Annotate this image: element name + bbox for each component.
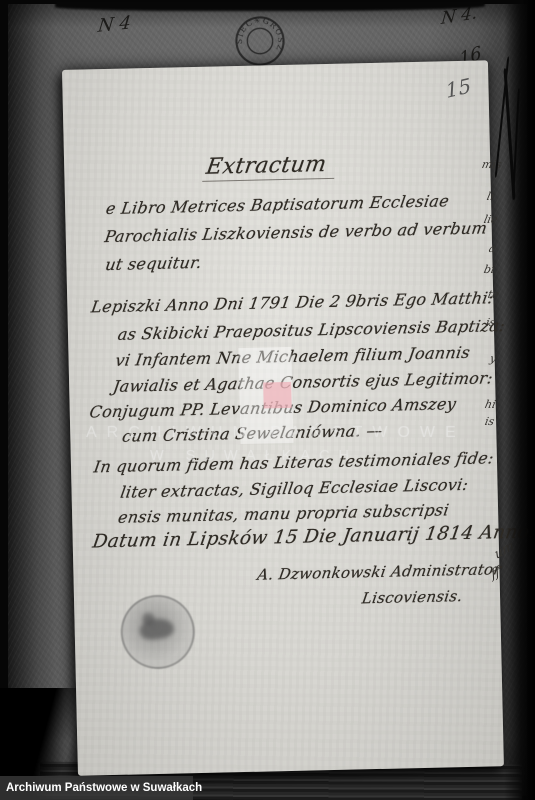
pink-highlight: [263, 382, 292, 409]
archival-scan-viewport: N 4 SIEC✳GROSZ N 4. 16 15 Extractum e Li…: [0, 0, 535, 800]
signature-line: Liscoviensis.: [361, 587, 464, 607]
svg-text:SIEC✳GROSZ: SIEC✳GROSZ: [231, 12, 288, 61]
manuscript-line: Parochialis Liszkoviensis de verbo ad ve…: [103, 218, 488, 246]
dateline: Datum in Lipsków 15 Die Januarij 1814 An…: [91, 521, 535, 552]
watermark-line: ARCHIWUM PAŃSTWOWE: [86, 424, 466, 442]
manuscript-line: e Libro Metrices Baptisatorum Ecclesiae: [105, 191, 451, 218]
manuscript-line: liter extractas, Sigilloq Ecclesiae Lisc…: [119, 475, 470, 502]
top-left-number: N 4: [97, 12, 132, 37]
manuscript-line: Jawialis et Agathae Consortis ejus Legit…: [112, 368, 495, 396]
folio-number-pencil: 15: [444, 73, 472, 103]
manuscript-line: vi Infantem Nne Michaelem filium Joannis: [114, 343, 471, 370]
watermark-line: W SUWAŁKACH: [150, 448, 358, 464]
document-page: 15 Extractum e Libro Metrices Baptisator…: [62, 60, 504, 775]
manuscript-line: ensis munitas, manu propria subscripsi: [117, 500, 451, 527]
document-title: Extractum: [202, 152, 338, 182]
top-edge-shadow: [55, 0, 485, 11]
seal-figure-icon: [139, 617, 175, 641]
edge-fragment: lie: [483, 213, 499, 226]
archive-label-bar: Archiwum Państwowe w Suwałkach: [0, 776, 193, 800]
manuscript-line: ut sequitur.: [104, 253, 203, 274]
archive-label-text: Archiwum Państwowe w Suwałkach: [6, 782, 202, 794]
revenue-stamp-text: SIEC✳GROSZ: [231, 12, 288, 61]
signature-line: A. Dzwonkowski Administrator: [256, 560, 502, 584]
manuscript-line: Lepiszki Anno Dni 1791 Die 2 9bris Ego M…: [90, 288, 495, 316]
church-seal: [120, 594, 196, 670]
right-edge-shadow: [504, 0, 535, 800]
manuscript-line: as Skibicki Praepositus Lipscoviensis Ba…: [117, 316, 507, 344]
edge-fragment: mis: [481, 158, 503, 171]
